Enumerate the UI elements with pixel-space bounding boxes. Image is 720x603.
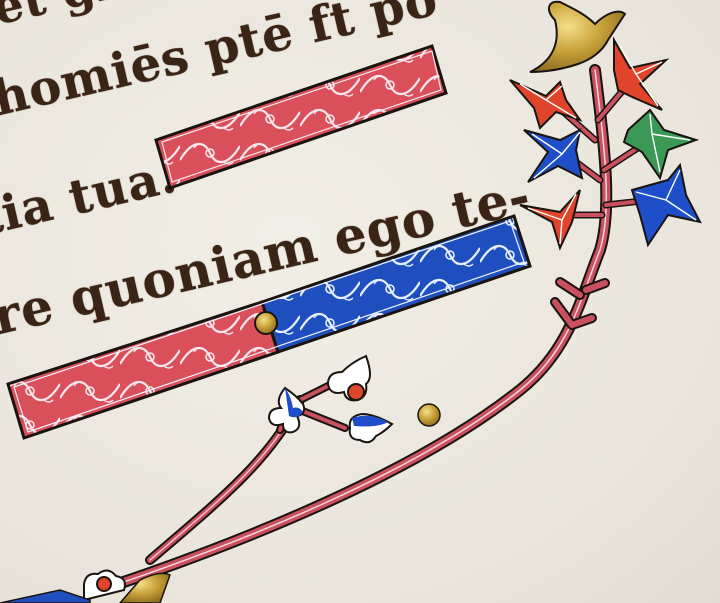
illumination-layer — [0, 0, 720, 603]
trefoil-red-white — [328, 356, 370, 400]
trefoil-blue-white-right — [350, 414, 392, 442]
parchment-page: et glo homiēs ptē ft po tia tua. re quon… — [0, 0, 720, 603]
gold-ivy-leaf — [530, 2, 625, 72]
gold-dot — [418, 404, 440, 426]
red-blue-filigree-bar-lower — [8, 216, 530, 438]
trefoil-red-white-bottom — [84, 570, 125, 600]
blue-band-bottom — [0, 590, 90, 603]
gold-dot — [255, 312, 277, 334]
red-filigree-bar-upper — [156, 46, 446, 188]
green-ivy-leaf — [624, 110, 696, 178]
trefoil-blue-white — [269, 388, 304, 432]
